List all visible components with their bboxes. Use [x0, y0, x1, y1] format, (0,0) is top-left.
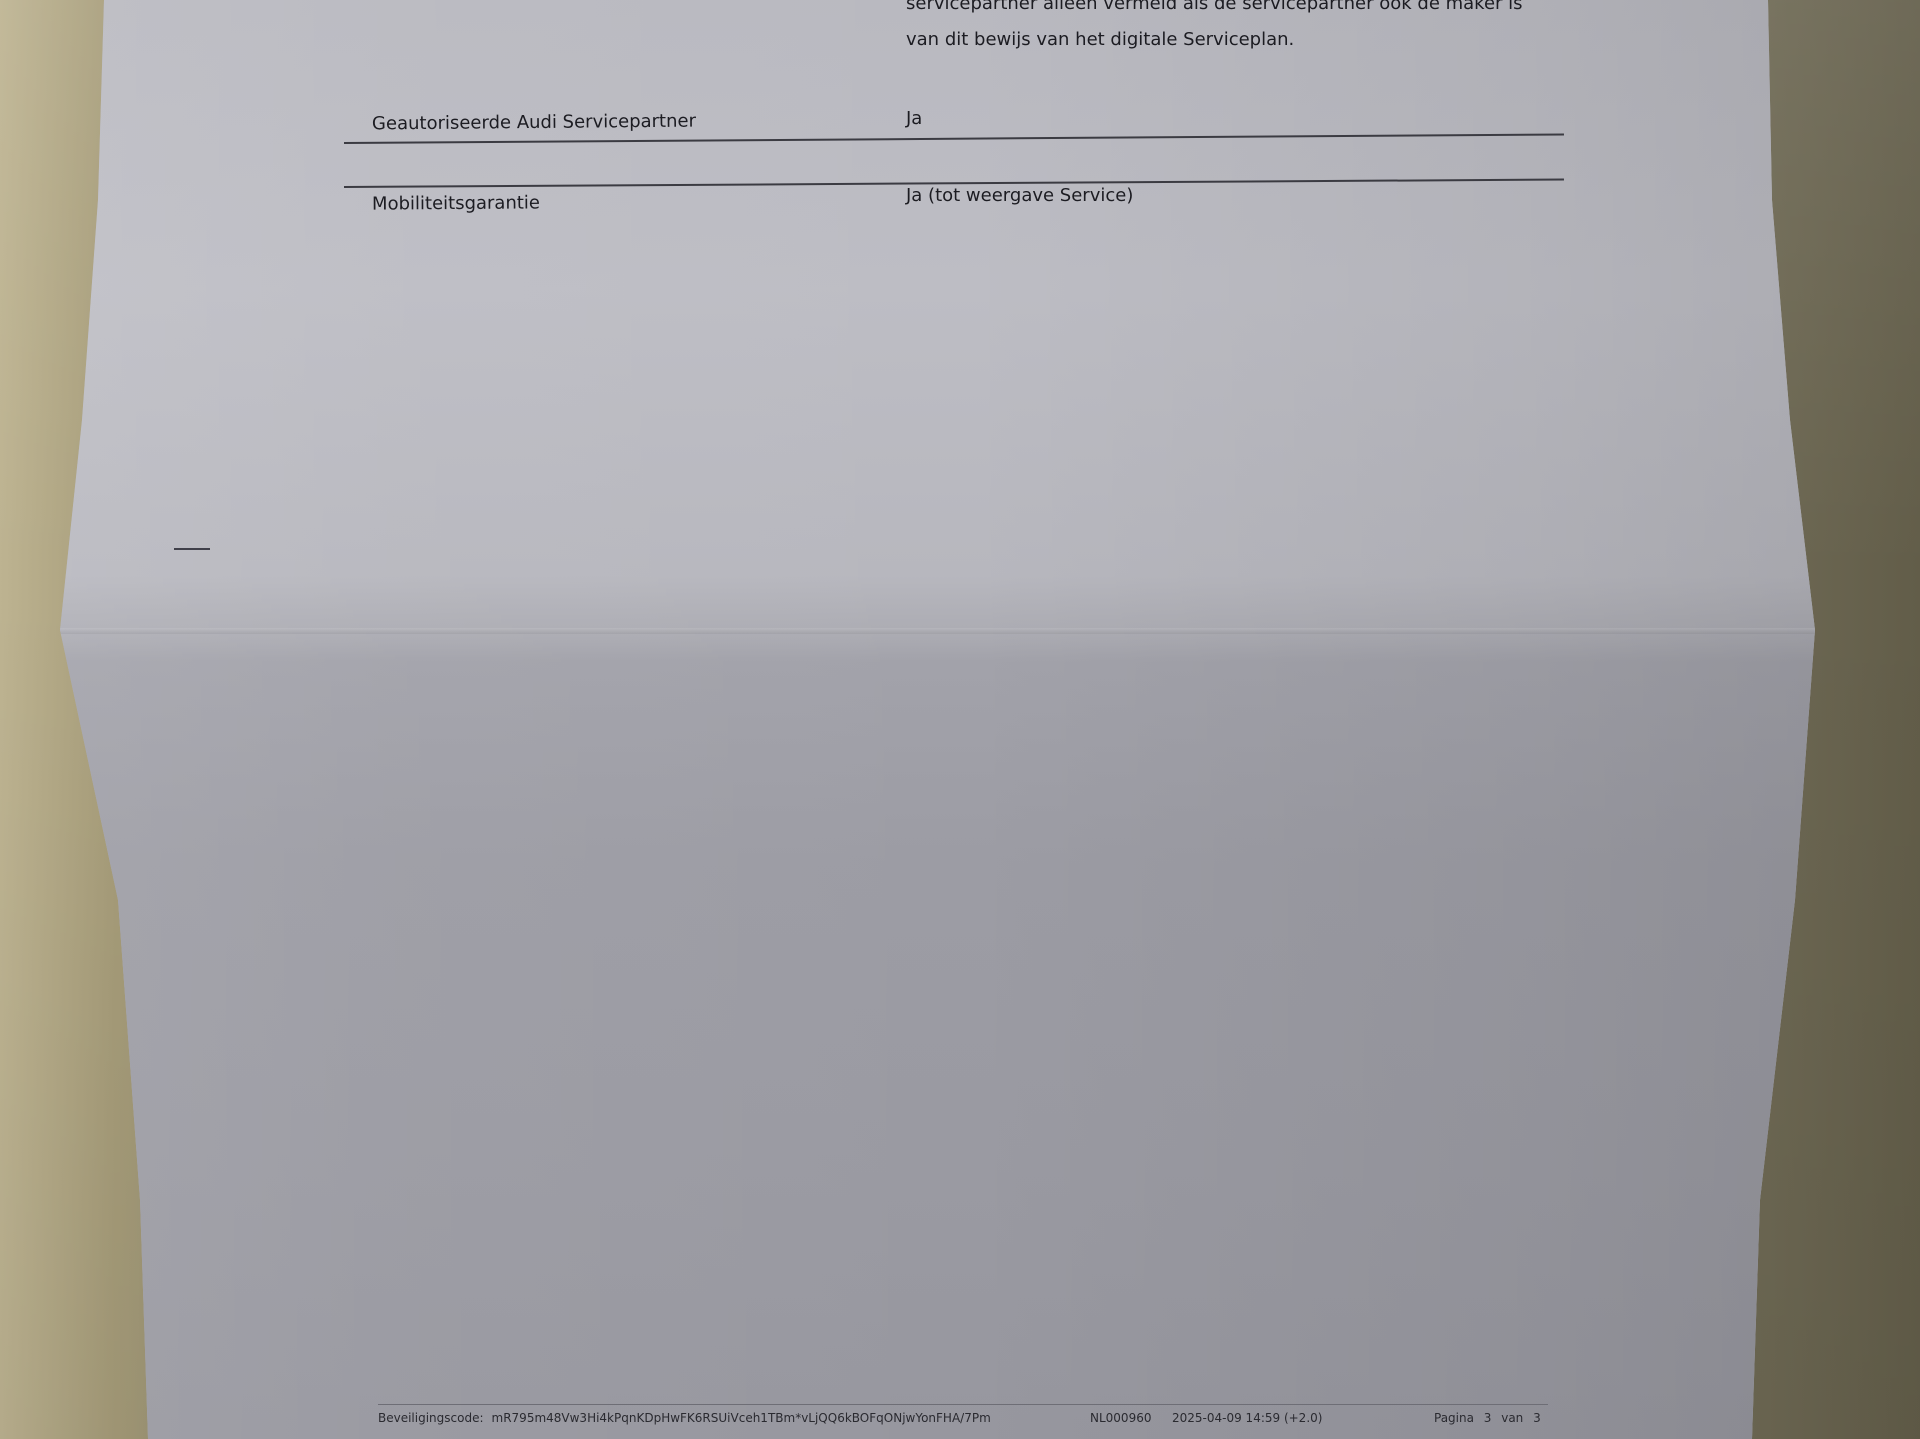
row-label: Mobiliteitsgarantie	[372, 192, 540, 214]
row-value: Ja	[906, 108, 922, 129]
service-details-table: Geautoriseerde Audi Servicepartner Ja Mo…	[344, 100, 1564, 180]
row-value: Ja (tot weergave Service)	[906, 185, 1133, 206]
page-footer: Beveiligingscode:mR795m48Vw3Hi4kPqnKDpHw…	[378, 1404, 1548, 1429]
intro-line: servicepartner alleen vermeld als de ser…	[906, 0, 1523, 22]
footer-divider	[378, 1404, 1548, 1405]
row-label: Geautoriseerde Audi Servicepartner	[372, 111, 696, 135]
footer-row: Beveiligingscode:mR795m48Vw3Hi4kPqnKDpHw…	[378, 1411, 1548, 1429]
security-code: Beveiligingscode:mR795m48Vw3Hi4kPqnKDpHw…	[378, 1411, 991, 1425]
table-row-mobility-guarantee: Mobiliteitsgarantie Ja (tot weergave Ser…	[344, 140, 1564, 180]
fold-margin-mark	[174, 548, 210, 550]
security-code-value: mR795m48Vw3Hi4kPqnKDpHwFK6RSUiVceh1TBm*v…	[492, 1411, 991, 1425]
printed-page: servicepartner alleen vermeld als de ser…	[0, 0, 1920, 1439]
intro-paragraph: servicepartner alleen vermeld als de ser…	[906, 0, 1523, 58]
print-timestamp: 2025-04-09 14:59 (+2.0)	[1172, 1411, 1322, 1425]
security-code-label: Beveiligingscode:	[378, 1411, 484, 1425]
intro-line: van dit bewijs van het digitale Servicep…	[906, 22, 1523, 58]
paper-fold-crease	[0, 628, 1920, 634]
page-number: Pagina 3 van 3	[1434, 1411, 1541, 1425]
dealer-id: NL000960	[1090, 1411, 1151, 1425]
